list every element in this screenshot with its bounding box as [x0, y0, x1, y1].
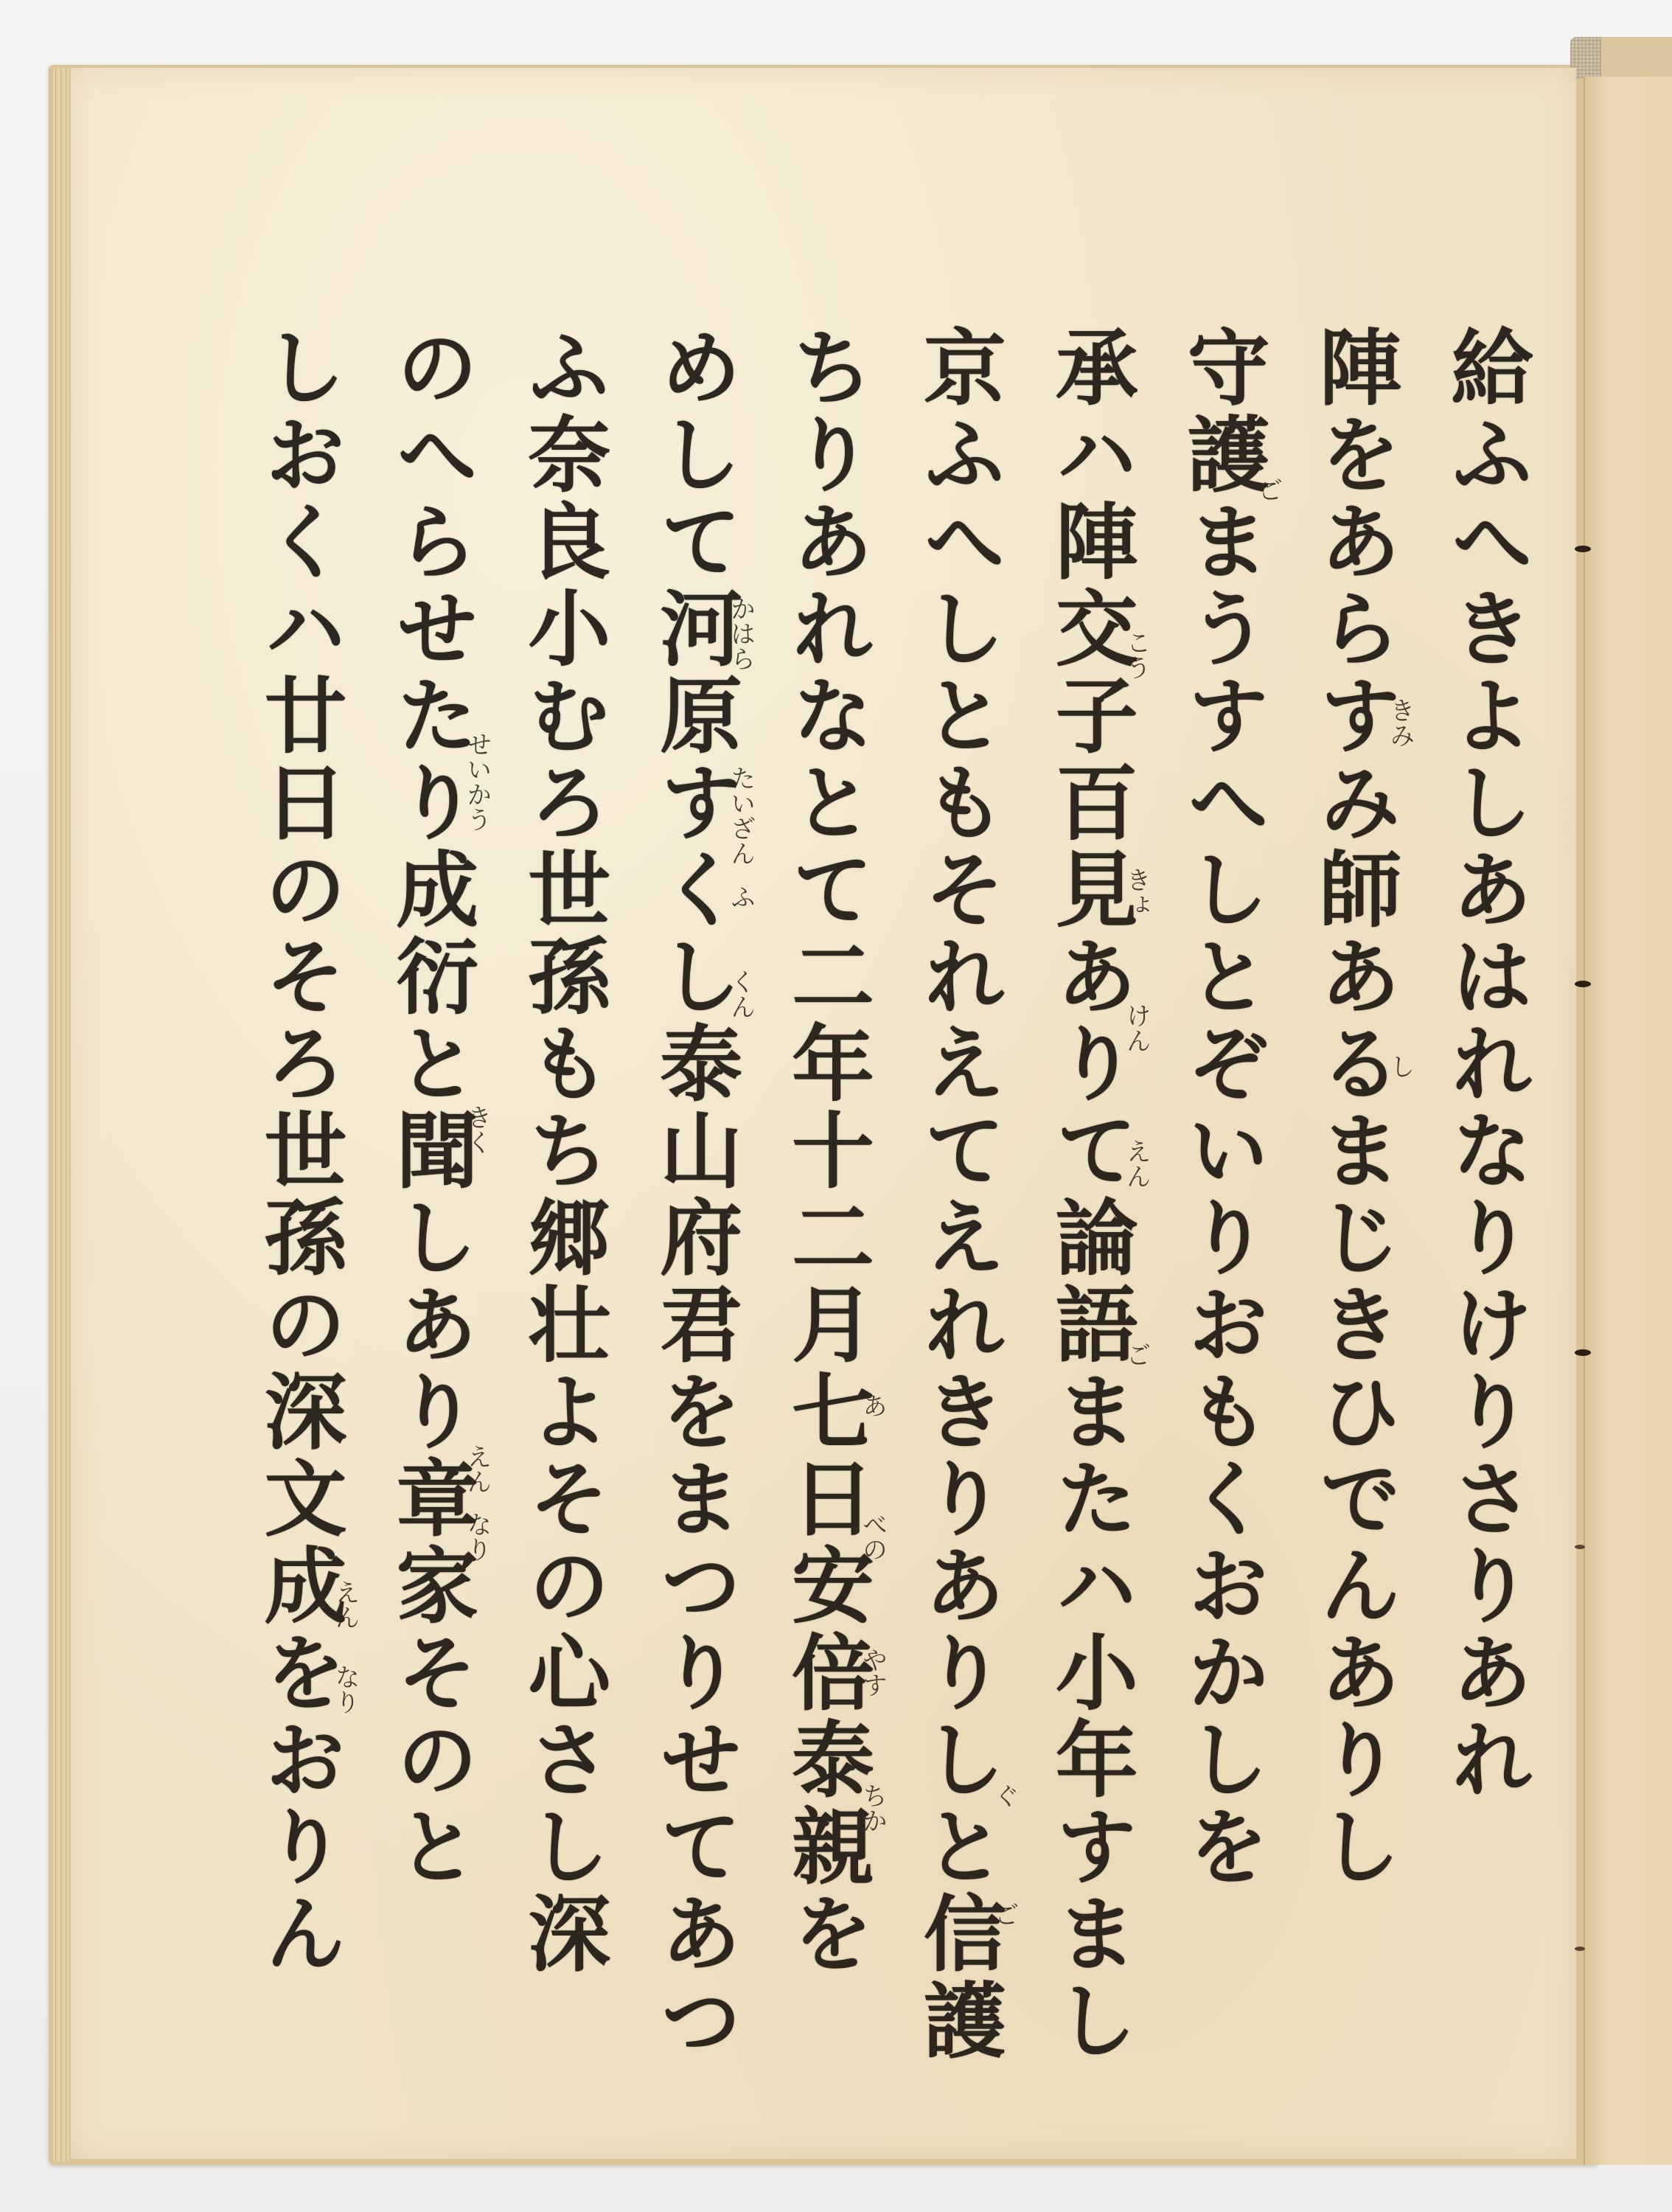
column-text: めして河原すくし泰山府君をまつりせてあつ — [639, 324, 750, 2065]
furigana-gloss: きょ — [1121, 867, 1151, 917]
text-column-5: 京ふへしともそれえてえれきりありしと信護 ぐご — [895, 324, 1006, 2138]
column-text: 給ふへきよしあはれなりけりさりあれ — [1430, 324, 1541, 1804]
furigana-gloss: えん — [462, 1444, 492, 1494]
furigana-gloss: ちか — [858, 1783, 888, 1833]
furigana-gloss: し — [1385, 1054, 1415, 1079]
column-text: ふ奈良小むろ世孫もち郷壮よその心さし深 — [507, 324, 618, 1978]
text-column-2: 陣をあらすみ師あるまじきひでんありし きみし — [1291, 324, 1401, 2138]
furigana-gloss: ご — [989, 1902, 1019, 1927]
furigana-gloss: えん — [1121, 1138, 1151, 1189]
column-text: 守護まうすへしとぞいりおもくおかしを — [1166, 324, 1277, 1891]
column-text: 陣をあらすみ師あるまじきひでんありし — [1298, 324, 1409, 1891]
furigana-gloss: なり — [330, 1664, 360, 1714]
binding-hole — [1575, 1947, 1585, 1951]
binding-hole — [1575, 1545, 1585, 1549]
furigana-gloss: たいざん — [726, 765, 756, 866]
text-column-4: 承ハ陣交子百見ありて論語またハ小年すまし こうきょけんえんご — [1027, 324, 1138, 2138]
furigana-gloss: せいかう — [462, 731, 492, 832]
furigana-gloss: べの — [858, 1512, 888, 1562]
furigana-gloss: くん — [726, 969, 756, 1019]
furigana-gloss: かはら — [726, 596, 756, 671]
furigana-gloss: ご — [1121, 1342, 1151, 1367]
text-column-1: 給ふへきよしあはれなりけりさりあれ — [1423, 324, 1533, 2138]
furigana-gloss: きく — [462, 1105, 492, 1155]
text-column-7: めして河原すくし泰山府君をまつりせてあつ かはらたいざんふくん — [632, 324, 742, 2138]
furigana-gloss: けん — [1121, 1003, 1151, 1053]
furigana-gloss: なり — [462, 1512, 492, 1562]
calligraphy-text-block: 給ふへきよしあはれなりけりさりあれ 陣をあらすみ師あるまじきひでんありし きみし… — [236, 324, 1533, 2138]
book-photograph: 給ふへきよしあはれなりけりさりあれ 陣をあらすみ師あるまじきひでんありし きみし… — [0, 0, 1672, 2212]
furigana-gloss: ぐ — [989, 1783, 1019, 1808]
binding-hole — [1575, 981, 1591, 987]
furigana-gloss: あ — [858, 1393, 888, 1418]
furigana-gloss: こう — [1121, 630, 1151, 680]
text-column-3: 守護まうすへしとぞいりおもくおかしを ご — [1159, 324, 1269, 2138]
furigana-gloss: きみ — [1385, 698, 1415, 748]
binding-hole — [1575, 546, 1591, 552]
furigana-gloss: ふ — [726, 884, 756, 909]
furigana-gloss: やす — [858, 1647, 888, 1697]
column-text: 承ハ陣交子百見ありて論語またハ小年すまし — [1034, 324, 1145, 2065]
furigana-gloss: ご — [1253, 477, 1283, 502]
adjacent-leaf — [1584, 77, 1672, 2165]
text-column-10: しおくハ廿日のそろ世孫の深文成をおりん えんなり — [236, 324, 346, 2138]
text-column-9: のへらせたり成衍と聞しあり章家そのと せいかうきくえんなり — [368, 324, 478, 2138]
text-column-6: ちりあれなとて二年十二月七日安倍泰親を あべのやすちか — [764, 324, 874, 2138]
spine-cloth-corner — [1570, 37, 1672, 78]
column-text: しおくハ廿日のそろ世孫の深文成をおりん — [243, 324, 354, 1978]
furigana-gloss: えん — [330, 1579, 360, 1630]
binding-hole — [1575, 1349, 1591, 1356]
text-column-8: ふ奈良小むろ世孫もち郷壮よその心さし深 — [500, 324, 610, 2138]
column-text: ちりあれなとて二年十二月七日安倍泰親を — [771, 324, 882, 1978]
